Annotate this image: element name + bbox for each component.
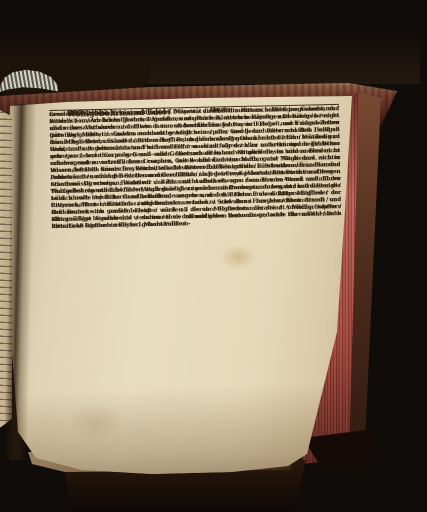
- printed-content: Prædicats Wohlgebohrn und Edel / de An. …: [49, 103, 346, 459]
- text-column-right: newe und nutzliche Kriegs- und andere Di…: [49, 106, 341, 231]
- catchword: mene: [210, 106, 229, 113]
- photo-of-open-book: Prædicats Wohlgebohrn und Edel / de An. …: [0, 0, 427, 512]
